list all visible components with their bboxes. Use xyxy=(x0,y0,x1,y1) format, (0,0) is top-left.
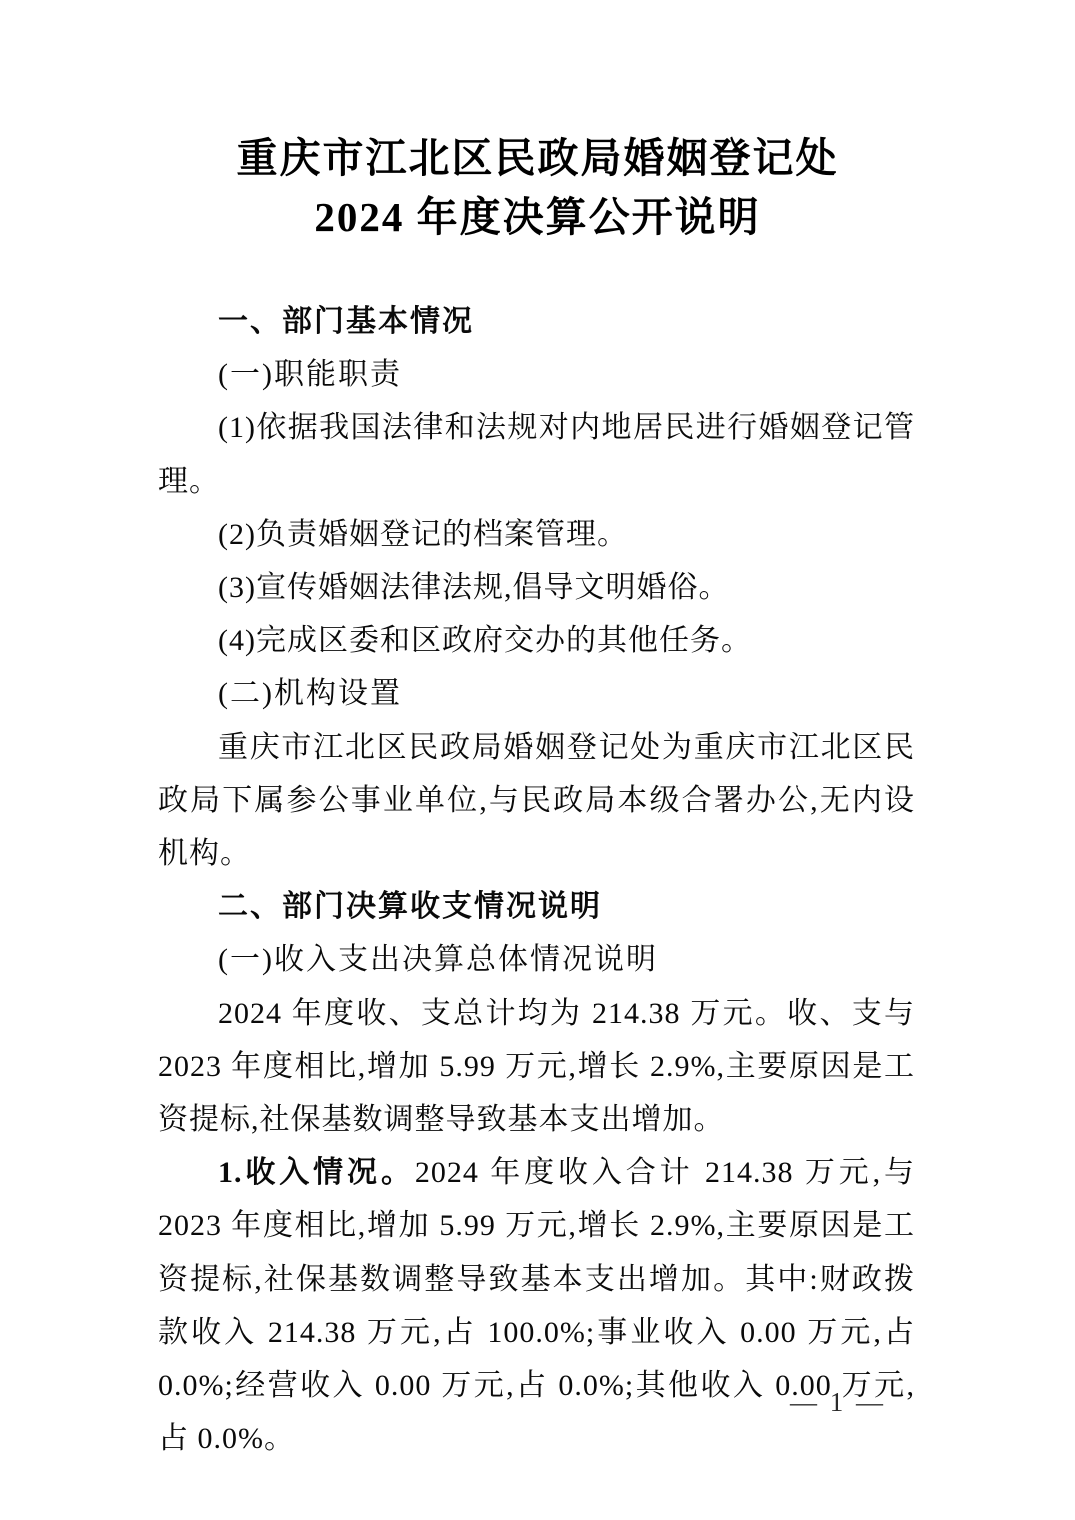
paragraph-overall-budget: 2024 年度收、支总计均为 214.38 万元。收、支与 2023 年度相比,… xyxy=(158,987,915,1147)
paragraph-duty-1: (1)依据我国法律和法规对内地居民进行婚姻登记管理。 xyxy=(158,401,915,507)
paragraph-duty-3: (3)宣传婚姻法律法规,倡导文明婚俗。 xyxy=(158,561,915,614)
income-lead-label: 1.收入情况。 xyxy=(218,1156,415,1189)
subsection-heading-2-1: (一)收入支出决算总体情况说明 xyxy=(158,933,915,986)
paragraph-duty-2: (2)负责婚姻登记的档案管理。 xyxy=(158,508,915,561)
subsection-heading-1-2: (二)机构设置 xyxy=(158,667,915,720)
document-page: 重庆市江北区民政局婚姻登记处 2024 年度决算公开说明 一、部门基本情况 (一… xyxy=(0,0,1075,1520)
document-title-line2: 2024 年度决算公开说明 xyxy=(0,188,1075,247)
document-title-line1: 重庆市江北区民政局婚姻登记处 xyxy=(0,129,1075,188)
page-number: — 1 — xyxy=(780,1387,896,1418)
document-body: 一、部门基本情况 (一)职能职责 (1)依据我国法律和法规对内地居民进行婚姻登记… xyxy=(158,295,915,1465)
paragraph-duty-4: (4)完成区委和区政府交办的其他任务。 xyxy=(158,614,915,667)
section-heading-1: 一、部门基本情况 xyxy=(158,295,915,348)
paragraph-org-setup: 重庆市江北区民政局婚姻登记处为重庆市江北区民政局下属参公事业单位,与民政局本级合… xyxy=(158,721,915,881)
subsection-heading-1-1: (一)职能职责 xyxy=(158,348,915,401)
section-heading-2: 二、部门决算收支情况说明 xyxy=(158,880,915,933)
document-title: 重庆市江北区民政局婚姻登记处 2024 年度决算公开说明 xyxy=(0,129,1075,247)
